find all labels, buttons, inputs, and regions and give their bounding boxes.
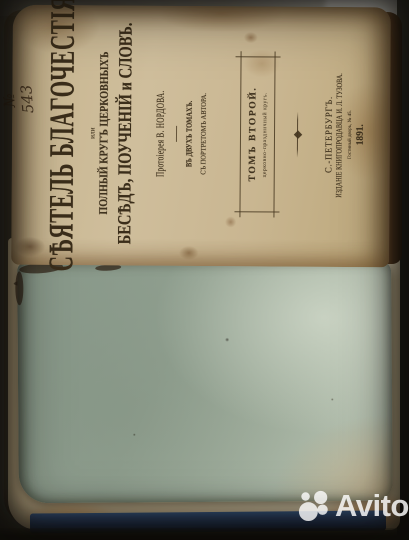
book-title: СѢЯТЕЛЬ БЛАГОЧЕСТІЯ <box>45 0 82 271</box>
volume-box: ТОМЪ ВТОРОЙ. церковно-праздничный кругъ. <box>239 56 275 212</box>
portrait-note: СЪ ПОРТРЕТОМЪ АВТОРА. <box>201 93 209 175</box>
photo-scene: № 543 СѢЯТЕЛЬ БЛАГОЧЕСТІЯ или ПОЛНЫЙ КРУ… <box>0 0 409 540</box>
imprint-address: Гостиный дворъ, № 45. <box>346 111 351 160</box>
edition-note: ВЪ ДВУХЪ ТОМАХЪ. <box>186 101 194 167</box>
imprint-publisher: ИЗДАНІЕ КНИГОПРОДАВЦА И. Л. ТУЗОВА. <box>335 73 344 198</box>
book-subtitle-line2: БЕСѢДЪ, ПОУЧЕНІЙ и СЛОВЪ. <box>115 23 135 245</box>
avito-wordmark: Avito <box>335 490 409 521</box>
book-title-page: № 543 СѢЯТЕЛЬ БЛАГОЧЕСТІЯ или ПОЛНЫЙ КРУ… <box>11 5 391 268</box>
book-subtitle-line1: ПОЛНЫЙ КРУГЪ ЦЕРКОВНЫХЪ <box>98 52 111 215</box>
backdrop-bottom-shadow <box>0 528 409 540</box>
endpaper-damage-spot <box>15 271 23 305</box>
book-title-or: или <box>89 128 96 139</box>
avito-watermark: Avito <box>298 488 409 522</box>
volume-title: ТОМЪ ВТОРОЙ. <box>246 87 256 182</box>
imprint-city: С.-ПЕТЕРБУРГЪ. <box>324 96 334 173</box>
title-page-rotated-text: СѢЯТЕЛЬ БЛАГОЧЕСТІЯ или ПОЛНЫЙ КРУГЪ ЦЕР… <box>41 9 377 259</box>
imprint-year: 1891. <box>355 125 365 146</box>
ornament-divider-icon <box>294 112 299 158</box>
title-page-text-area: СѢЯТЕЛЬ БЛАГОЧЕСТІЯ или ПОЛНЫЙ КРУГЪ ЦЕР… <box>41 9 377 259</box>
book-author: Протоіерея В. НОРДОВА. <box>154 90 165 176</box>
divider-rule <box>176 126 177 142</box>
avito-logo-icon <box>298 488 332 522</box>
volume-subtitle: церковно-праздничный кругъ. <box>261 92 267 177</box>
book-endpaper-page <box>17 259 393 504</box>
